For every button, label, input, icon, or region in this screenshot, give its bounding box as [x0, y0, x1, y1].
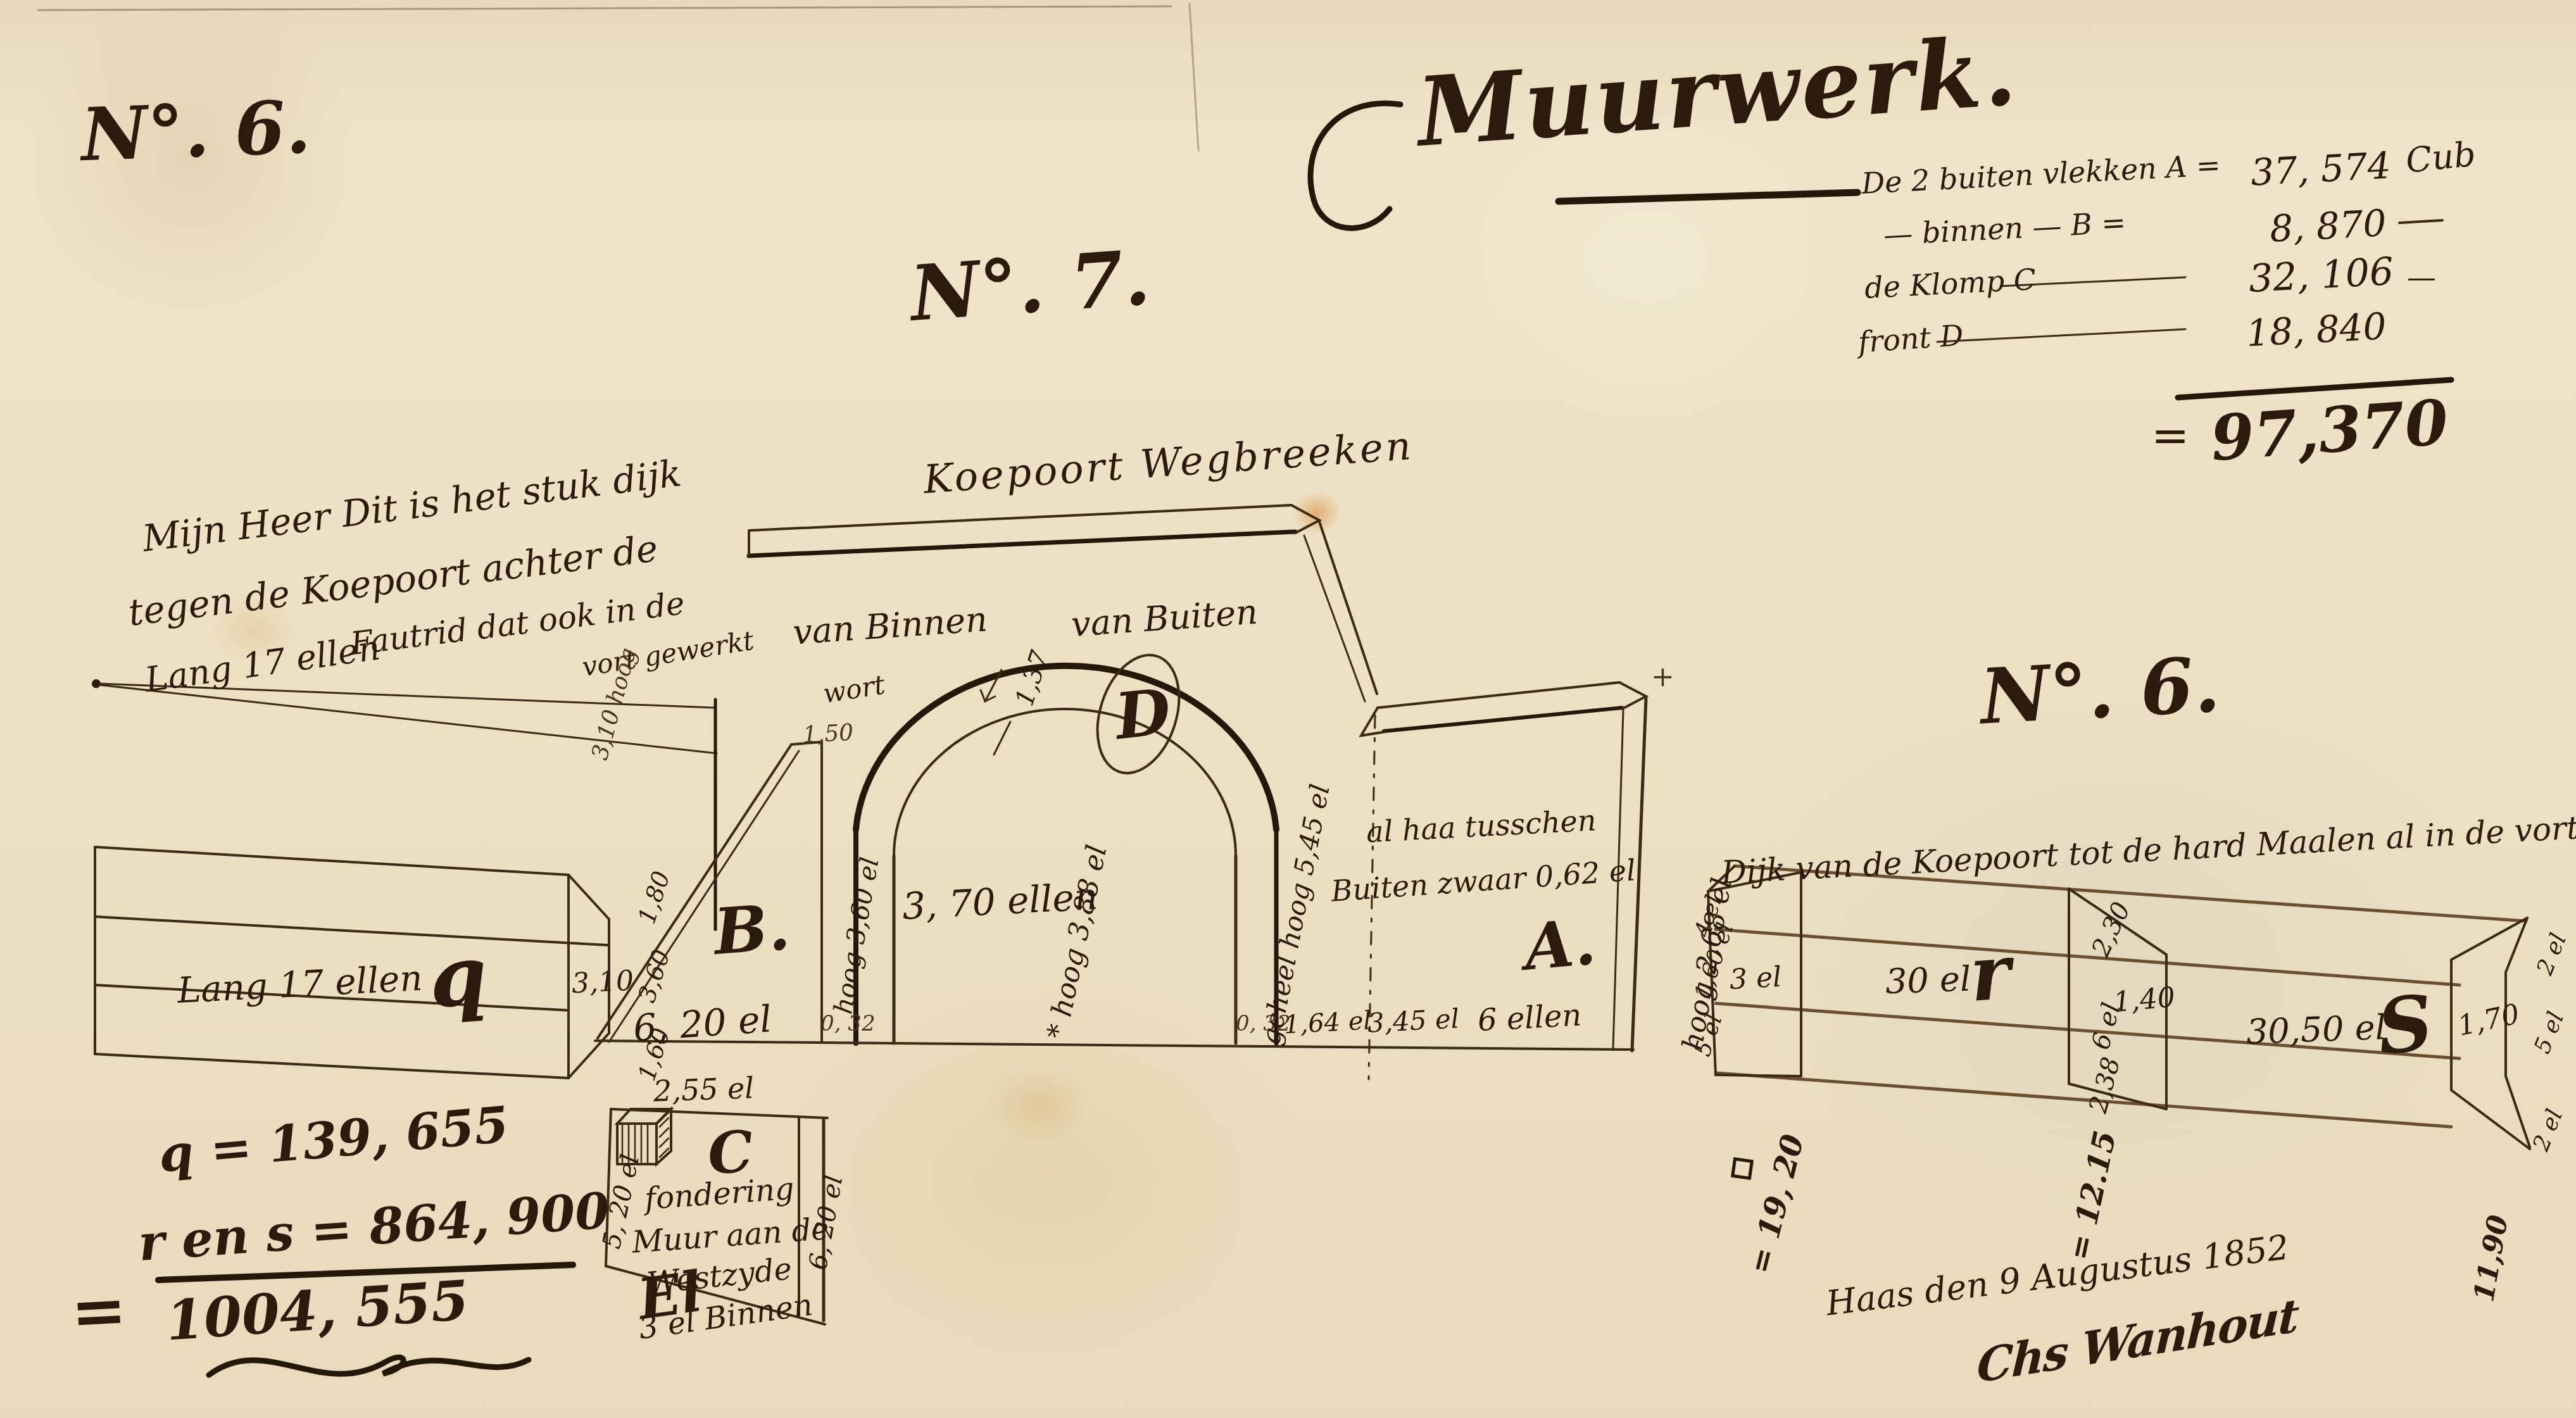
dyke-s-letter: S [2374, 985, 2437, 1066]
calc-row-value: 32, 106 [2248, 253, 2395, 298]
gate-dim-345: 3,45 el [1367, 1005, 1460, 1037]
calc-total-equals: = [2151, 413, 2189, 458]
foundation-top-dim: 2,55 el [653, 1073, 754, 1106]
gate-letter-b: B. [712, 895, 792, 963]
calc-total-value: 97,370 [2209, 392, 2450, 470]
figure6-number: N°. 6. [1978, 647, 2221, 736]
figure7-number: N°. 7. [908, 240, 1152, 332]
calc-row-value: 18, 840 [2246, 308, 2387, 352]
prism-q-letter: q [427, 934, 490, 1020]
gate-letter-d: D [1112, 680, 1174, 749]
prism-q-end-dim: 3,10 [571, 967, 634, 998]
dyke-r-value: 30 el [1885, 962, 1971, 1000]
sheet-number-top-left: N°. 6. [80, 91, 312, 172]
dyke-mid-width-dim: 1,40 [2112, 984, 2176, 1017]
dyke-s-value: 30,50 el [2246, 1010, 2387, 1050]
gate-pillar-base-left: 0, 32 [820, 1013, 876, 1034]
sum-equals: = [69, 1276, 128, 1345]
dyke-r-letter: r [1968, 934, 2013, 1013]
gate-letter-a: A. [1522, 910, 1599, 979]
calc-row-label: de Klomp C [1864, 265, 2037, 303]
gate-base-left-dim: 6, 20 el [632, 1000, 772, 1046]
calc-row-value: 37, 574 [2250, 147, 2392, 191]
gate-plus-mark: + [1651, 663, 1674, 691]
calc-row-unit: — [2407, 263, 2436, 292]
manuscript-sheet: N°. 6. Muurwerk. De 2 buiten vlekken A =… [0, 0, 2576, 1418]
calc-row-value: 8, 870 [2269, 204, 2387, 248]
calc-row-label: front D [1857, 320, 1964, 356]
gate-dim-6ellen: 6 ellen [1477, 1000, 1583, 1036]
square-el-icon [1731, 1157, 1754, 1180]
calc-row-unit: Cub [2404, 137, 2477, 178]
dyke-left-face-dim: 3 el [1729, 963, 1782, 994]
gate-dim-164: 1,64 el [1283, 1008, 1372, 1038]
gate-shelf-dim: 1,50 [802, 722, 854, 747]
